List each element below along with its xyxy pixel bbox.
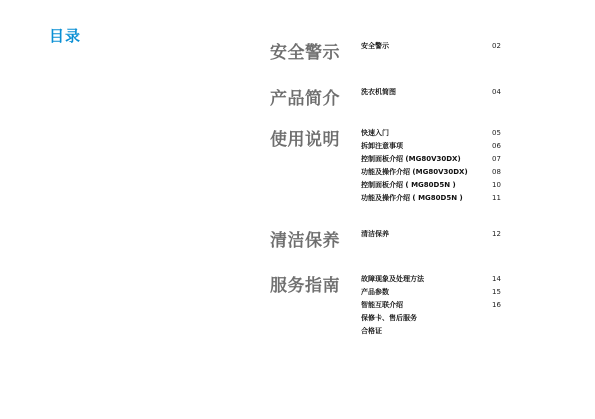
- toc-entry[interactable]: 安全警示 02: [361, 40, 506, 53]
- entry-label: 功能及操作介绍 ( MG80D5N ): [361, 192, 463, 205]
- toc-entry[interactable]: 洗衣机简图 04: [361, 86, 506, 99]
- entry-label: 保修卡、售后服务: [361, 312, 417, 325]
- entry-page: 14: [492, 273, 506, 286]
- entry-label: 安全警示: [361, 40, 389, 53]
- section-entries: 清洁保养 12: [361, 228, 506, 241]
- toc-title: 目录: [49, 25, 81, 46]
- entry-label: 合格证: [361, 325, 382, 338]
- section-entries: 快速入门 05 拆卸注意事项 06 控制面板介绍 (MG80V30DX) 07 …: [361, 127, 506, 205]
- entry-label: 控制面板介绍 ( MG80D5N ): [361, 179, 456, 192]
- toc-entry[interactable]: 功能及操作介绍 (MG80V30DX) 08: [361, 166, 506, 179]
- toc-entry[interactable]: 清洁保养 12: [361, 228, 506, 241]
- entry-page: 12: [492, 228, 506, 241]
- section-heading: 产品简介: [270, 84, 340, 109]
- section-heading: 安全警示: [270, 38, 340, 63]
- toc-entry[interactable]: 智能互联介绍 16: [361, 299, 506, 312]
- section-heading: 使用说明: [270, 125, 340, 150]
- entry-page: 16: [492, 299, 506, 312]
- entry-label: 清洁保养: [361, 228, 389, 241]
- entry-label: 控制面板介绍 (MG80V30DX): [361, 153, 461, 166]
- toc-entry[interactable]: 故障现象及处理方法 14: [361, 273, 506, 286]
- toc-entry[interactable]: 快速入门 05: [361, 127, 506, 140]
- section-entries: 故障现象及处理方法 14 产品参数 15 智能互联介绍 16 保修卡、售后服务 …: [361, 273, 506, 338]
- toc-entry[interactable]: 控制面板介绍 ( MG80D5N ) 10: [361, 179, 506, 192]
- entry-label: 拆卸注意事项: [361, 140, 403, 153]
- entry-page: 02: [492, 40, 506, 53]
- section-heading: 清洁保养: [270, 226, 340, 251]
- toc-entry[interactable]: 产品参数 15: [361, 286, 506, 299]
- entry-page: 10: [492, 179, 506, 192]
- toc-entry[interactable]: 拆卸注意事项 06: [361, 140, 506, 153]
- entry-label: 洗衣机简图: [361, 86, 396, 99]
- entry-label: 产品参数: [361, 286, 389, 299]
- toc-entry[interactable]: 控制面板介绍 (MG80V30DX) 07: [361, 153, 506, 166]
- section-entries: 安全警示 02: [361, 40, 506, 53]
- entry-page: 15: [492, 286, 506, 299]
- entry-page: 07: [492, 153, 506, 166]
- entry-label: 功能及操作介绍 (MG80V30DX): [361, 166, 468, 179]
- entry-label: 故障现象及处理方法: [361, 273, 424, 286]
- entry-page: 06: [492, 140, 506, 153]
- section-entries: 洗衣机简图 04: [361, 86, 506, 99]
- entry-page: 05: [492, 127, 506, 140]
- entry-label: 快速入门: [361, 127, 389, 140]
- entry-page: 04: [492, 86, 506, 99]
- entry-page: 08: [492, 166, 506, 179]
- toc-entry[interactable]: 保修卡、售后服务: [361, 312, 506, 325]
- toc-entry[interactable]: 合格证: [361, 325, 506, 338]
- toc-entry[interactable]: 功能及操作介绍 ( MG80D5N ) 11: [361, 192, 506, 205]
- section-heading: 服务指南: [270, 271, 340, 296]
- entry-label: 智能互联介绍: [361, 299, 403, 312]
- entry-page: 11: [492, 192, 506, 205]
